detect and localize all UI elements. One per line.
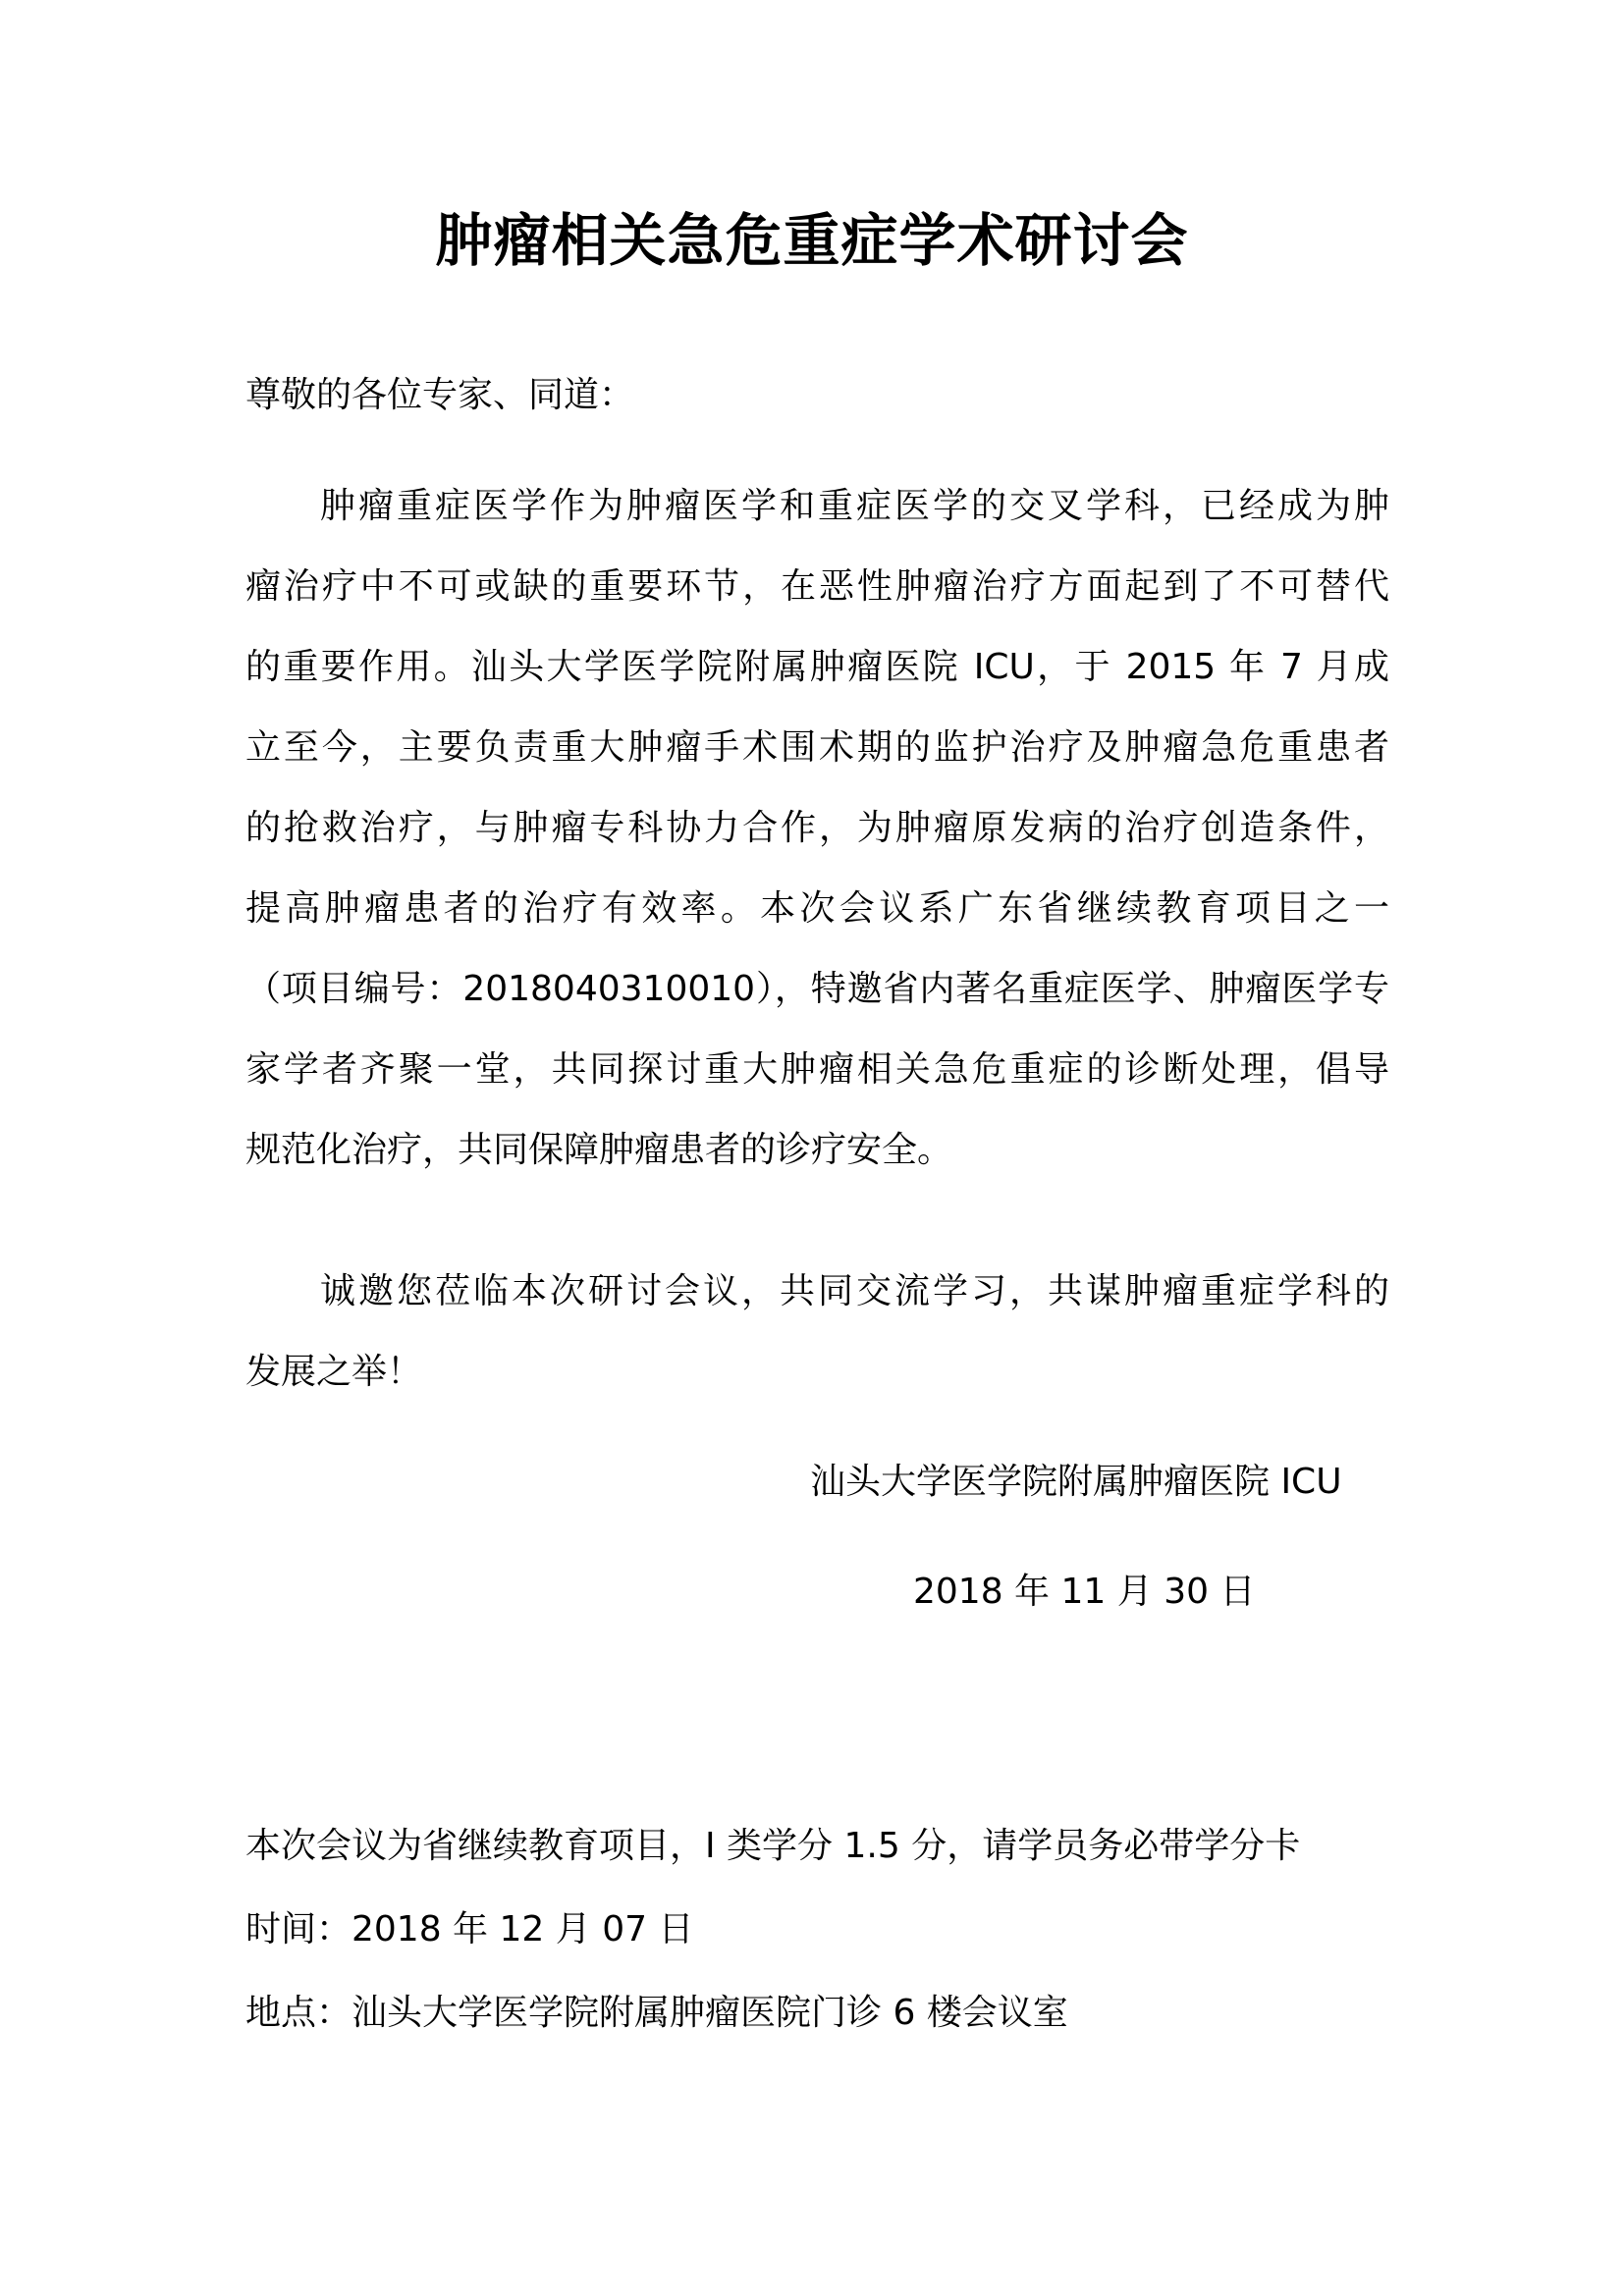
document-title: 肿瘤相关急危重症学术研讨会 <box>0 201 1624 280</box>
paragraph-line: 立至今，主要负责重大肿瘤手术围术期的监护治疗及肿瘤急危重患者 <box>245 708 1389 788</box>
paragraph-line: 的抢救治疗，与肿瘤专科协力合作，为肿瘤原发病的治疗创造条件， <box>245 788 1389 869</box>
note-location: 地点：汕头大学医学院附属肿瘤医院门诊 6 楼会议室 <box>245 1973 1389 2054</box>
paragraph-line: 规范化治疗，共同保障肿瘤患者的诊疗安全。 <box>245 1110 1389 1191</box>
paragraph-line: （项目编号：2018040310010），特邀省内著名重症医学、肿瘤医学专 <box>245 949 1389 1030</box>
paragraph-line: 家学者齐聚一堂，共同探讨重大肿瘤相关急危重症的诊断处理，倡导 <box>245 1030 1389 1110</box>
note-time: 时间：2018 年 12 月 07 日 <box>245 1890 1389 1970</box>
paragraph-line: 发展之举！ <box>245 1332 1389 1413</box>
paragraph-line: 的重要作用。汕头大学医学院附属肿瘤医院 ICU，于 2015 年 7 月成 <box>245 627 1389 708</box>
note-credit: 本次会议为省继续教育项目，I 类学分 1.5 分，请学员务必带学分卡 <box>245 1806 1389 1887</box>
paragraph-line: 诚邀您莅临本次研讨会议，共同交流学习，共谋肿瘤重症学科的 <box>245 1252 1389 1332</box>
salutation: 尊敬的各位专家、同道： <box>245 355 1389 436</box>
paragraph-line: 提高肿瘤患者的治疗有效率。本次会议系广东省继续教育项目之一 <box>245 869 1389 949</box>
document-page: 肿瘤相关急危重症学术研讨会 尊敬的各位专家、同道： 肿瘤重症医学作为肿瘤医学和重… <box>0 0 1624 2296</box>
paragraph-line: 瘤治疗中不可或缺的重要环节，在恶性肿瘤治疗方面起到了不可替代 <box>245 547 1389 627</box>
paragraph-invitation: 诚邀您莅临本次研讨会议，共同交流学习，共谋肿瘤重症学科的 发展之举！ <box>245 1252 1389 1413</box>
signature-organization: 汕头大学医学院附属肿瘤医院 ICU <box>810 1453 1342 1512</box>
paragraph-line: 肿瘤重症医学作为肿瘤医学和重症医学的交叉学科，已经成为肿 <box>245 466 1389 547</box>
signature-date: 2018 年 11 月 30 日 <box>913 1563 1255 1622</box>
paragraph-intro: 肿瘤重症医学作为肿瘤医学和重症医学的交叉学科，已经成为肿 瘤治疗中不可或缺的重要… <box>245 466 1389 1191</box>
